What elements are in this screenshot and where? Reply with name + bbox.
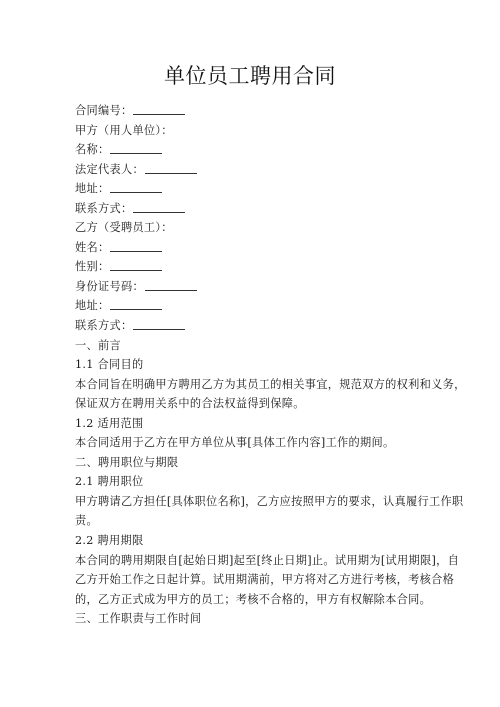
party-a-contact-blank xyxy=(133,202,185,213)
section-2-1-text-line1: 甲方聘请乙方担任[具体职位名称]，乙方应按照甲方的要求，认真履行工作职 xyxy=(75,492,435,512)
party-b-gender-label: 性别： xyxy=(75,260,109,273)
section-2-2-text-line1: 本合同的聘用期限自[起始日期]起至[终止日期]止。试用期为[试用期限]，自 xyxy=(75,551,435,571)
contract-number-blank xyxy=(133,104,185,115)
section-2-2-text-line2: 乙方开始工作之日起计算。试用期满前，甲方将对乙方进行考核，考核合格 xyxy=(75,570,435,590)
section-2-1-heading: 2.1 聘用职位 xyxy=(75,472,435,492)
party-b-address-label: 地址： xyxy=(75,299,109,312)
section-2-2-text-line3: 的，乙方正式成为甲方的员工；考核不合格的，甲方有权解除本合同。 xyxy=(75,590,435,610)
section-2-1-text-line2: 责。 xyxy=(75,511,435,531)
document-body: 合同编号： 甲方（用人单位）： 名称： 法定代表人： 地址： 联系方式： 乙方（… xyxy=(75,101,435,629)
party-a-contact-label: 联系方式： xyxy=(75,202,132,215)
section-1-1-text-line1: 本合同旨在明确甲方聘用乙方为其员工的相关事宜，规范双方的权利和义务， xyxy=(75,375,435,395)
section-2-2-heading: 2.2 聘用期限 xyxy=(75,531,435,551)
party-a-address-label: 地址： xyxy=(75,182,109,195)
section-1-heading: 一、前言 xyxy=(75,336,435,356)
party-b-gender-blank xyxy=(110,260,162,271)
party-b-name-blank xyxy=(110,241,162,252)
party-b-header: 乙方（受聘员工）： xyxy=(75,218,435,238)
contract-number-label: 合同编号： xyxy=(75,104,132,117)
party-a-name-label: 名称： xyxy=(75,143,109,156)
party-b-address-blank xyxy=(110,299,162,310)
party-a-address-blank xyxy=(110,182,162,193)
section-3-heading: 三、工作职责与工作时间 xyxy=(75,609,435,629)
section-1-1-text-line2: 保证双方在聘用关系中的合法权益得到保障。 xyxy=(75,394,435,414)
party-b-contact-blank xyxy=(133,319,185,330)
document-page: 单位员工聘用合同 合同编号： 甲方（用人单位）： 名称： 法定代表人： 地址： … xyxy=(0,0,500,707)
party-b-gender-field: 性别： xyxy=(75,257,435,277)
party-b-name-label: 姓名： xyxy=(75,241,109,254)
party-b-name-field: 姓名： xyxy=(75,238,435,258)
party-a-rep-blank xyxy=(145,163,197,174)
party-a-name-blank xyxy=(110,143,162,154)
section-1-2-text: 本合同适用于乙方在甲方单位从事[具体工作内容]工作的期间。 xyxy=(75,433,435,453)
section-2-heading: 二、聘用职位与期限 xyxy=(75,453,435,473)
party-a-header: 甲方（用人单位）： xyxy=(75,121,435,141)
contract-number-field: 合同编号： xyxy=(75,101,435,121)
party-b-id-label: 身份证号码： xyxy=(75,280,144,293)
party-a-contact-field: 联系方式： xyxy=(75,199,435,219)
party-a-name-field: 名称： xyxy=(75,140,435,160)
party-a-rep-label: 法定代表人： xyxy=(75,163,144,176)
party-b-contact-label: 联系方式： xyxy=(75,319,132,332)
section-1-2-heading: 1.2 适用范围 xyxy=(75,414,435,434)
section-1-1-heading: 1.1 合同目的 xyxy=(75,355,435,375)
party-b-address-field: 地址： xyxy=(75,296,435,316)
document-title: 单位员工聘用合同 xyxy=(0,60,500,90)
party-a-address-field: 地址： xyxy=(75,179,435,199)
party-b-id-blank xyxy=(145,280,197,291)
party-b-id-field: 身份证号码： xyxy=(75,277,435,297)
party-b-contact-field: 联系方式： xyxy=(75,316,435,336)
party-a-rep-field: 法定代表人： xyxy=(75,160,435,180)
